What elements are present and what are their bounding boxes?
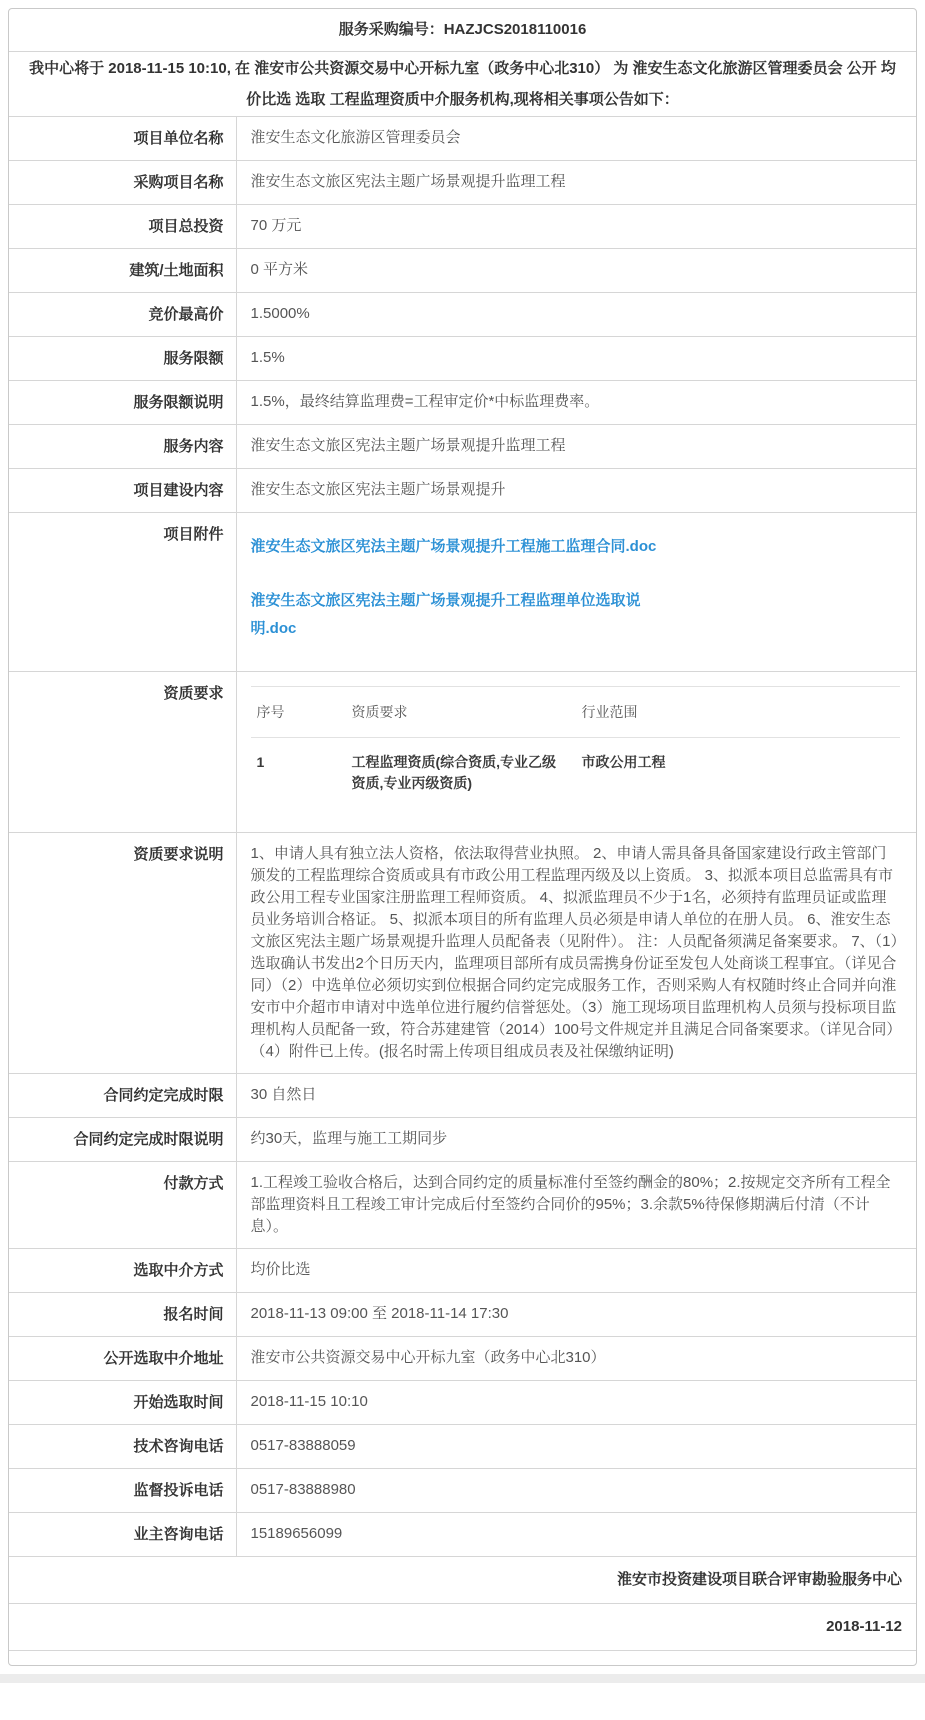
field-label: 服务内容 <box>9 425 236 469</box>
field-value: 1.工程竣工验收合格后，达到合同约定的质量标准付至签约酬金的80%；2.按规定交… <box>236 1162 916 1249</box>
attachments-cell: 淮安生态文旅区宪法主题广场景观提升工程施工监理合同.doc 淮安生态文旅区宪法主… <box>236 513 916 672</box>
table-row: 竞价最高价 1.5000% <box>9 293 916 337</box>
field-label: 采购项目名称 <box>9 161 236 205</box>
footer-date-row: 2018-11-12 <box>9 1604 916 1651</box>
field-value: 0517-83888059 <box>236 1425 916 1469</box>
field-value: 15189656099 <box>236 1513 916 1557</box>
field-label: 技术咨询电话 <box>9 1425 236 1469</box>
table-row: 报名时间 2018-11-13 09:00 至 2018-11-14 17:30 <box>9 1293 916 1337</box>
table-row: 服务限额 1.5% <box>9 337 916 381</box>
field-value: 0517-83888980 <box>236 1469 916 1513</box>
field-value: 淮安生态文旅区宪法主题广场景观提升 <box>236 469 916 513</box>
field-label: 服务限额说明 <box>9 381 236 425</box>
field-value: 淮安生态文化旅游区管理委员会 <box>236 117 916 161</box>
qualification-seq: 1 <box>251 738 346 809</box>
field-label: 合同约定完成时限说明 <box>9 1118 236 1162</box>
title-row: 服务采购编号：HAZJCS2018110016 <box>9 9 916 52</box>
field-value: 均价比选 <box>236 1249 916 1293</box>
field-label: 项目总投资 <box>9 205 236 249</box>
table-row: 项目单位名称 淮安生态文化旅游区管理委员会 <box>9 117 916 161</box>
column-header: 序号 <box>251 687 346 738</box>
field-label: 公开选取中介地址 <box>9 1337 236 1381</box>
table-row-qualification: 资质要求 序号 资质要求 行业范围 1 <box>9 672 916 833</box>
empty-row <box>9 1651 916 1665</box>
intro-row: 我中心将于 2018-11-15 10:10, 在 淮安市公共资源交易中心开标九… <box>9 52 916 117</box>
table-row: 资质要求说明 1、申请人具有独立法人资格，依法取得营业执照。 2、申请人需具备具… <box>9 833 916 1074</box>
qualification-requirement: 工程监理资质(综合资质,专业乙级资质,专业丙级资质) <box>346 738 576 809</box>
attachment-link[interactable]: 淮安生态文旅区宪法主题广场景观提升工程监理单位选取说明.doc <box>251 587 681 643</box>
table-row: 服务内容 淮安生态文旅区宪法主题广场景观提升监理工程 <box>9 425 916 469</box>
table-row: 业主咨询电话 15189656099 <box>9 1513 916 1557</box>
qualification-table: 序号 资质要求 行业范围 1 工程监理资质(综合资质,专业乙级资质,专业丙级资质… <box>251 686 901 808</box>
qualification-industry: 市政公用工程 <box>576 738 901 809</box>
table-row: 项目总投资 70 万元 <box>9 205 916 249</box>
field-value: 1、申请人具有独立法人资格，依法取得营业执照。 2、申请人需具备具备国家建设行政… <box>236 833 916 1074</box>
table-row: 监督投诉电话 0517-83888980 <box>9 1469 916 1513</box>
table-row: 采购项目名称 淮安生态文旅区宪法主题广场景观提升监理工程 <box>9 161 916 205</box>
field-value: 1.5% <box>236 337 916 381</box>
table-row: 建筑/土地面积 0 平方米 <box>9 249 916 293</box>
field-value: 1.5000% <box>236 293 916 337</box>
footer-org-row: 淮安市投资建设项目联合评审勘验服务中心 <box>9 1557 916 1604</box>
table-row: 项目建设内容 淮安生态文旅区宪法主题广场景观提升 <box>9 469 916 513</box>
table-row: 合同约定完成时限 30 自然日 <box>9 1074 916 1118</box>
field-label: 资质要求说明 <box>9 833 236 1074</box>
field-label: 合同约定完成时限 <box>9 1074 236 1118</box>
announcement-panel: 服务采购编号：HAZJCS2018110016 我中心将于 2018-11-15… <box>8 8 917 1666</box>
announcement-table: 服务采购编号：HAZJCS2018110016 我中心将于 2018-11-15… <box>9 9 916 1665</box>
field-value: 0 平方米 <box>236 249 916 293</box>
table-row: 公开选取中介地址 淮安市公共资源交易中心开标九室（政务中心北310） <box>9 1337 916 1381</box>
field-value: 2018-11-13 09:00 至 2018-11-14 17:30 <box>236 1293 916 1337</box>
table-row: 开始选取时间 2018-11-15 10:10 <box>9 1381 916 1425</box>
intro-text: 我中心将于 2018-11-15 10:10, 在 淮安市公共资源交易中心开标九… <box>9 52 916 117</box>
field-label: 监督投诉电话 <box>9 1469 236 1513</box>
field-label: 资质要求 <box>9 672 236 833</box>
field-label: 竞价最高价 <box>9 293 236 337</box>
field-value: 淮安生态文旅区宪法主题广场景观提升监理工程 <box>236 161 916 205</box>
qualification-data-row: 1 工程监理资质(综合资质,专业乙级资质,专业丙级资质) 市政公用工程 <box>251 738 901 809</box>
qualification-header-row: 序号 资质要求 行业范围 <box>251 687 901 738</box>
field-label: 项目建设内容 <box>9 469 236 513</box>
attachment-link[interactable]: 淮安生态文旅区宪法主题广场景观提升工程施工监理合同.doc <box>251 533 681 561</box>
table-row: 付款方式 1.工程竣工验收合格后，达到合同约定的质量标准付至签约酬金的80%；2… <box>9 1162 916 1249</box>
field-label: 项目单位名称 <box>9 117 236 161</box>
field-label: 服务限额 <box>9 337 236 381</box>
field-value: 30 自然日 <box>236 1074 916 1118</box>
field-value: 2018-11-15 10:10 <box>236 1381 916 1425</box>
field-label: 开始选取时间 <box>9 1381 236 1425</box>
field-value: 1.5%，最终结算监理费=工程审定价*中标监理费率。 <box>236 381 916 425</box>
field-value: 淮安生态文旅区宪法主题广场景观提升监理工程 <box>236 425 916 469</box>
field-value: 70 万元 <box>236 205 916 249</box>
field-label: 报名时间 <box>9 1293 236 1337</box>
table-row-attachments: 项目附件 淮安生态文旅区宪法主题广场景观提升工程施工监理合同.doc 淮安生态文… <box>9 513 916 672</box>
issuing-organization: 淮安市投资建设项目联合评审勘验服务中心 <box>9 1557 916 1604</box>
field-label: 业主咨询电话 <box>9 1513 236 1557</box>
table-row: 合同约定完成时限说明 约30天，监理与施工工期同步 <box>9 1118 916 1162</box>
page-bottom-strip <box>0 1674 925 1683</box>
table-row: 技术咨询电话 0517-83888059 <box>9 1425 916 1469</box>
field-label: 建筑/土地面积 <box>9 249 236 293</box>
field-label: 付款方式 <box>9 1162 236 1249</box>
page-title: 服务采购编号：HAZJCS2018110016 <box>9 9 916 52</box>
publish-date: 2018-11-12 <box>9 1604 916 1651</box>
table-row: 选取中介方式 均价比选 <box>9 1249 916 1293</box>
column-header: 行业范围 <box>576 687 901 738</box>
field-label: 项目附件 <box>9 513 236 672</box>
field-label: 选取中介方式 <box>9 1249 236 1293</box>
empty-spacer <box>9 1651 916 1665</box>
field-value: 约30天，监理与施工工期同步 <box>236 1118 916 1162</box>
table-row: 服务限额说明 1.5%，最终结算监理费=工程审定价*中标监理费率。 <box>9 381 916 425</box>
qualification-cell: 序号 资质要求 行业范围 1 工程监理资质(综合资质,专业乙级资质,专业丙级资质… <box>236 672 916 833</box>
column-header: 资质要求 <box>346 687 576 738</box>
field-value: 淮安市公共资源交易中心开标九室（政务中心北310） <box>236 1337 916 1381</box>
